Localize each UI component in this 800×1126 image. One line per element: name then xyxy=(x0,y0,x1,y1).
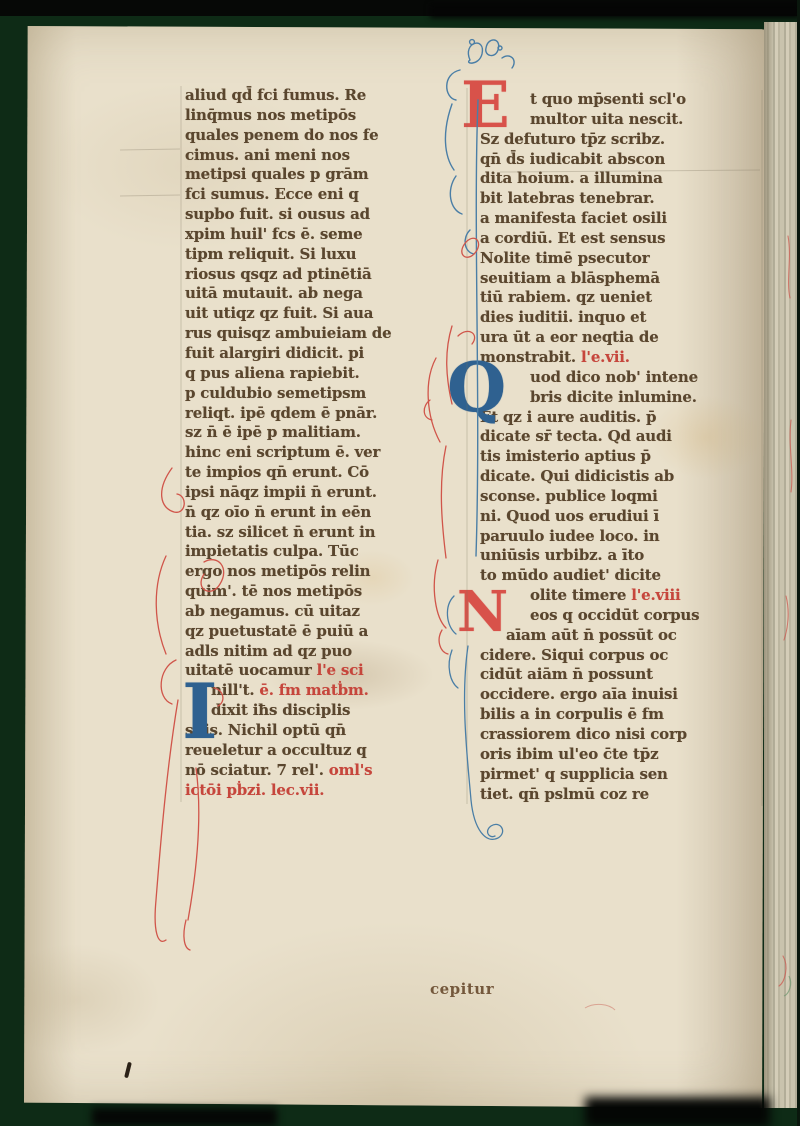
body-text: Et qz i aure auditis. p̄ xyxy=(480,408,656,426)
text-line: aīam aūt n̄ possūt oc xyxy=(480,626,768,646)
text-line: te impios qn̄ erunt. Cō xyxy=(185,463,473,483)
text-line: xpim huil' fcs ē. seme xyxy=(185,225,473,245)
photograph-backdrop: aliud qd̄ fci fumus. Relinq̄mus nos meti… xyxy=(0,0,800,1126)
text-line: fuit alargiri didicit. pi xyxy=(185,344,473,364)
text-line: pirmet' q supplicia sen xyxy=(480,765,768,785)
text-line: rus quisqz ambuieiam de xyxy=(185,324,473,344)
text-line: multor uita nescit. xyxy=(480,110,768,130)
body-text: a cordiū. Et est sensus xyxy=(480,229,665,247)
rubric-text: ē. fm matḃm. xyxy=(259,681,368,699)
text-line: tia. sz silicet n̄ erunt in xyxy=(185,523,473,543)
body-text: ergo nos metipōs relin xyxy=(185,562,370,580)
text-line: metipsi quales p grām xyxy=(185,165,473,185)
body-text: Nolite timē psecutor xyxy=(480,249,649,267)
text-line: paruulo iudee loco. in xyxy=(480,527,768,547)
body-text: cidūt aiām n̄ possunt xyxy=(480,665,653,683)
body-text: metipsi quales p grām xyxy=(185,165,368,183)
text-line: bris dicite inlumine. xyxy=(480,388,768,408)
body-text: n̄ qz oīo n̄ erunt in eēn xyxy=(185,503,371,521)
decorated-initial-I: I xyxy=(182,674,218,750)
body-text: p culdubio semetipsm xyxy=(185,384,366,402)
body-text: a manifesta faciet osili xyxy=(480,209,667,227)
body-text: dita hoium. a illumina xyxy=(480,169,663,187)
text-line: hinc eni scriptum ē. ver xyxy=(185,443,473,463)
text-line: bit latebras tenebrar. xyxy=(480,189,768,209)
text-line: dicate sr̄ tecta. Qd audi xyxy=(480,427,768,447)
text-line: riosus qsqz ad ptinētiā xyxy=(185,265,473,285)
text-line: sz n̄ ē ipē p malitiam. xyxy=(185,423,473,443)
decorated-initial-N: N xyxy=(457,584,508,640)
text-line: nill't. ē. fm matḃm. xyxy=(185,681,473,701)
text-line: ictōi pḃzi. lec.vii. xyxy=(185,781,473,801)
decorated-initial-E: E xyxy=(461,74,510,138)
body-text: pirmet' q supplicia sen xyxy=(480,765,668,783)
text-line: ipsi nāqz impii n̄ erunt. xyxy=(185,483,473,503)
text-line: quim'. tē nos metipōs xyxy=(185,582,473,602)
body-text: rus quisqz ambuieiam de xyxy=(185,324,391,342)
body-text: ipsi nāqz impii n̄ erunt. xyxy=(185,483,377,501)
text-line: nō sciatur. 7 rel'. oml's xyxy=(185,761,473,781)
body-text: olite timere xyxy=(530,586,631,604)
text-line: ergo nos metipōs relin xyxy=(185,562,473,582)
backdrop-shadow xyxy=(430,4,800,18)
text-line: linq̄mus nos metipōs xyxy=(185,106,473,126)
catchword: cepitur xyxy=(430,980,494,998)
text-line: ab negamus. cū uitaz xyxy=(185,602,473,622)
text-line: monstrabit. l'e.vii. xyxy=(480,348,768,368)
text-line: quales penem do nos fe xyxy=(185,126,473,146)
body-text: dies iuditii. inquo et xyxy=(480,308,646,326)
text-line: uitā mutauit. ab nega xyxy=(185,284,473,304)
text-line: uitatē uocamur l'e sci xyxy=(185,661,473,681)
body-text: fuit alargiri didicit. pi xyxy=(185,344,364,362)
text-line: t quo mp̄senti scl'o xyxy=(480,90,768,110)
body-text: sconse. publice loqmi xyxy=(480,487,658,505)
text-line: crassiorem dico nisi corp xyxy=(480,725,768,745)
text-line: Et qz i aure auditis. p̄ xyxy=(480,408,768,428)
body-text: t quo mp̄senti scl'o xyxy=(530,90,686,108)
body-text: te impios qn̄ erunt. Cō xyxy=(185,463,369,481)
body-text: tipm reliquit. Si luxu xyxy=(185,245,356,263)
body-text: seuitiam a blāsphemā xyxy=(480,269,660,287)
body-text: quales penem do nos fe xyxy=(185,126,379,144)
rubric-text: oml's xyxy=(329,761,373,779)
text-line: a cordiū. Et est sensus xyxy=(480,229,768,249)
body-text: paruulo iudee loco. in xyxy=(480,527,659,545)
body-text: eos q occidūt corpus xyxy=(530,606,699,624)
book-fore-edge xyxy=(764,22,797,1108)
rubric-text: l'e.vii. xyxy=(581,348,630,366)
text-line: dicate. Qui didicistis ab xyxy=(480,467,768,487)
text-line: q pus aliena rapiebit. xyxy=(185,364,473,384)
body-text: crassiorem dico nisi corp xyxy=(480,725,687,743)
text-column-right: t quo mp̄senti scl'omultor uita nescit.S… xyxy=(480,90,768,804)
text-line: bilis a in corpulis ē fm xyxy=(480,705,768,725)
body-text: uitā mutauit. ab nega xyxy=(185,284,363,302)
text-line: n̄ qz oīo n̄ erunt in eēn xyxy=(185,503,473,523)
text-line: ura ūt a eor neqtia de xyxy=(480,328,768,348)
body-text: reliqt. ipē qdem ē pnār. xyxy=(185,404,377,422)
body-text: linq̄mus nos metipōs xyxy=(185,106,356,124)
body-text: dixit iħs disciplis xyxy=(211,701,350,719)
text-line: cidere. Siqui corpus oc xyxy=(480,646,768,666)
body-text: uit utiqz qz fuit. Si aua xyxy=(185,304,373,322)
backdrop-bottom-shadow xyxy=(585,1097,770,1126)
body-text: tia. sz silicet n̄ erunt in xyxy=(185,523,375,541)
text-line: tis imisterio aptius p̄ xyxy=(480,447,768,467)
body-text: riosus qsqz ad ptinētiā xyxy=(185,265,372,283)
body-text: fci sumus. Ecce eni q xyxy=(185,185,359,203)
text-line: supbo fuit. si ousus ad xyxy=(185,205,473,225)
text-line: occidere. ergo aīa inuisi xyxy=(480,685,768,705)
text-line: eos q occidūt corpus xyxy=(480,606,768,626)
text-line: cidūt aiām n̄ possunt xyxy=(480,665,768,685)
body-text: qz puetustatē ē puiū a xyxy=(185,622,368,640)
text-line: olite timere l'e.viii xyxy=(480,586,768,606)
body-text: impietatis culpa. Tūc xyxy=(185,542,359,560)
rubric-text: l'e.viii xyxy=(631,586,680,604)
text-line: reueletur a occultuz q xyxy=(185,741,473,761)
rubric-text: l'e sci xyxy=(317,661,364,679)
body-text: ura ūt a eor neqtia de xyxy=(480,328,659,346)
text-line: p culdubio semetipsm xyxy=(185,384,473,404)
text-line: Sz defuturo tp̄z scribz. xyxy=(480,130,768,150)
text-line: sconse. publice loqmi xyxy=(480,487,768,507)
text-line: dixit iħs disciplis xyxy=(185,701,473,721)
text-line: a manifesta faciet osili xyxy=(480,209,768,229)
body-text: quim'. tē nos metipōs xyxy=(185,582,362,600)
body-text: aīam aūt n̄ possūt oc xyxy=(506,626,677,644)
text-line: oris ibim ul'eo c̄te tp̄z xyxy=(480,745,768,765)
body-text: tis imisterio aptius p̄ xyxy=(480,447,651,465)
body-text: dicate. Qui didicistis ab xyxy=(480,467,674,485)
text-line: adls nitim ad qz puo xyxy=(185,642,473,662)
text-line: Nolite timē psecutor xyxy=(480,249,768,269)
body-text: qn̄ d̄s iudicabit abscon xyxy=(480,150,665,168)
body-text: uod dico nob' intene xyxy=(530,368,698,386)
text-line: qz puetustatē ē puiū a xyxy=(185,622,473,642)
text-line: tiet. qn̄ pslmū coz re xyxy=(480,785,768,805)
text-line: qn̄ d̄s iudicabit abscon xyxy=(480,150,768,170)
body-text: cimus. ani meni nos xyxy=(185,146,350,164)
body-text: ni. Quod uos erudiui ī xyxy=(480,507,659,525)
body-text: tiet. qn̄ pslmū coz re xyxy=(480,785,649,803)
text-line: suis. Nichil optū qn̄ xyxy=(185,721,473,741)
body-text: bilis a in corpulis ē fm xyxy=(480,705,664,723)
body-text: tiū rabiem. qz ueniet xyxy=(480,288,652,306)
body-text: occidere. ergo aīa inuisi xyxy=(480,685,678,703)
text-column-left: aliud qd̄ fci fumus. Relinq̄mus nos meti… xyxy=(185,86,473,800)
body-text: dicate sr̄ tecta. Qd audi xyxy=(480,427,672,445)
body-text: adls nitim ad qz puo xyxy=(185,642,352,660)
body-text: multor uita nescit. xyxy=(530,110,683,128)
text-line: dies iuditii. inquo et xyxy=(480,308,768,328)
body-text: ab negamus. cū uitaz xyxy=(185,602,360,620)
body-text: nill't. xyxy=(211,681,259,699)
decorated-initial-Q: Q xyxy=(447,354,506,422)
text-line: ni. Quod uos erudiui ī xyxy=(480,507,768,527)
body-text: hinc eni scriptum ē. ver xyxy=(185,443,380,461)
body-text: nō sciatur. 7 rel'. xyxy=(185,761,329,779)
text-line: impietatis culpa. Tūc xyxy=(185,542,473,562)
body-text: uniūsis urbibz. a īto xyxy=(480,546,644,564)
text-line: reliqt. ipē qdem ē pnār. xyxy=(185,404,473,424)
body-text: sz n̄ ē ipē p malitiam. xyxy=(185,423,361,441)
body-text: cidere. Siqui corpus oc xyxy=(480,646,668,664)
text-line: seuitiam a blāsphemā xyxy=(480,269,768,289)
text-line: to mūdo audiet' dicite xyxy=(480,566,768,586)
text-line: uniūsis urbibz. a īto xyxy=(480,546,768,566)
backdrop-bottom-shadow xyxy=(92,1108,277,1126)
body-text: xpim huil' fcs ē. seme xyxy=(185,225,363,243)
body-text: supbo fuit. si ousus ad xyxy=(185,205,370,223)
body-text: bris dicite inlumine. xyxy=(530,388,697,406)
body-text: bit latebras tenebrar. xyxy=(480,189,654,207)
body-text: q pus aliena rapiebit. xyxy=(185,364,360,382)
text-line: uit utiqz qz fuit. Si aua xyxy=(185,304,473,324)
rubric-text: ictōi pḃzi. lec.vii. xyxy=(185,781,324,799)
text-line: cimus. ani meni nos xyxy=(185,146,473,166)
text-line: tipm reliquit. Si luxu xyxy=(185,245,473,265)
text-line: aliud qd̄ fci fumus. Re xyxy=(185,86,473,106)
text-line: uod dico nob' intene xyxy=(480,368,768,388)
body-text: aliud qd̄ fci fumus. Re xyxy=(185,86,366,104)
text-line: fci sumus. Ecce eni q xyxy=(185,185,473,205)
text-line: tiū rabiem. qz ueniet xyxy=(480,288,768,308)
body-text: oris ibim ul'eo c̄te tp̄z xyxy=(480,745,658,763)
text-line: dita hoium. a illumina xyxy=(480,169,768,189)
